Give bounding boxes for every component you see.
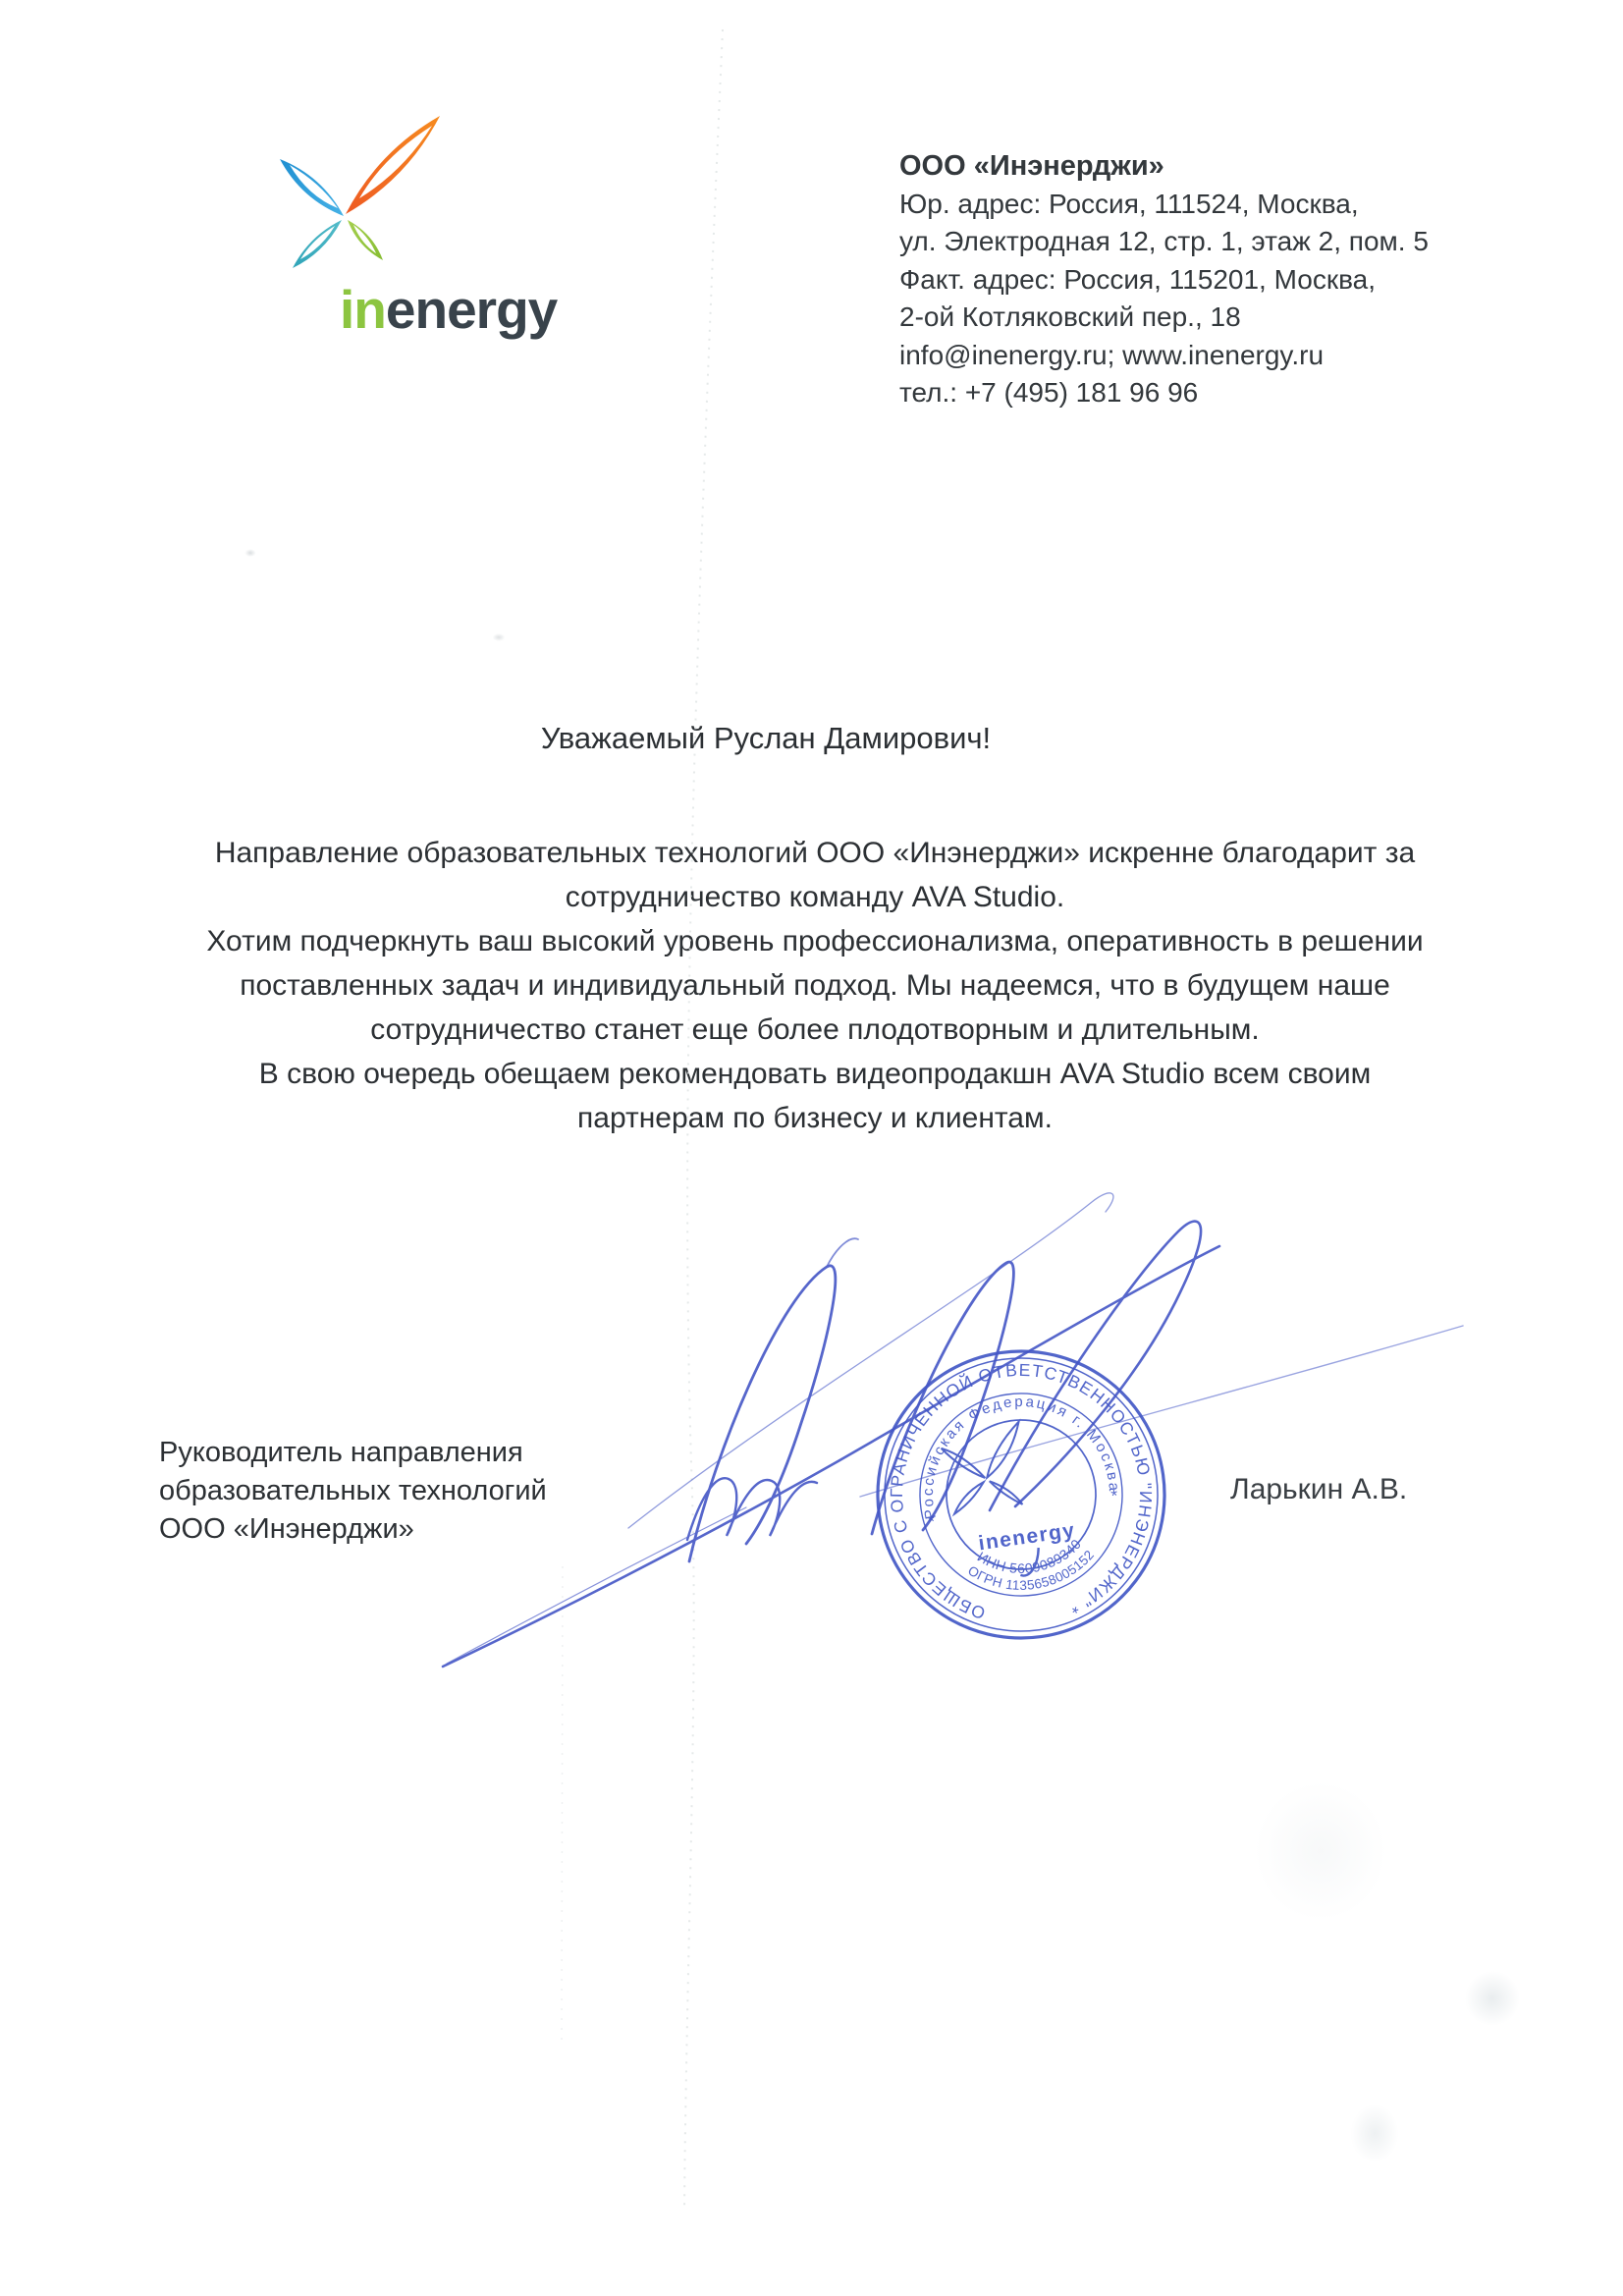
body-line: Хотим подчеркнуть ваш высокий уровень пр… <box>128 919 1502 963</box>
signer-name: Ларькин А.В. <box>1230 1473 1407 1506</box>
logo-wordmark: inenergy <box>340 283 557 336</box>
logo-petal-blue <box>280 159 344 216</box>
logo-petal-orange <box>346 116 440 214</box>
company-name: ООО «Инэнерджи» <box>899 147 1498 186</box>
scanned-letter-page: inenergy ООО «Инэнерджи» Юр. адрес: Росс… <box>0 0 1623 2296</box>
signoff-line: Руководитель направления <box>159 1434 547 1472</box>
logo-wordmark-energy: energy <box>386 279 557 340</box>
company-actual-address-2: 2-ой Котляковский пер., 18 <box>899 299 1498 337</box>
signoff-line: образовательных технологий <box>159 1472 547 1510</box>
scan-smudge <box>243 548 257 558</box>
logo-wordmark-in: in <box>340 279 386 340</box>
signoff-title-block: Руководитель направления образовательных… <box>159 1434 547 1549</box>
body-line: сотрудничество станет еще более плодотво… <box>128 1008 1502 1052</box>
stamp-ring-text: ОБЩЕСТВО С ОГРАНИЧЕННОЙ ОТВЕТСТВЕННОСТЬЮ… <box>874 1347 1168 1642</box>
scan-smudge <box>1437 1943 1548 2054</box>
body-line: сотрудничество команду AVA Studio. <box>128 875 1502 919</box>
letter-greeting: Уважаемый Руслан Дамирович! <box>412 721 1119 756</box>
body-line: Направление образовательных технологий О… <box>128 831 1502 875</box>
scan-smudge <box>1340 2092 1409 2175</box>
fold-crease-line-2 <box>562 1566 563 2043</box>
inenergy-logo-icon <box>273 110 446 279</box>
scan-smudge <box>491 632 507 642</box>
body-line: В свою очередь обещаем рекомендовать вид… <box>128 1052 1502 1096</box>
letter-body: Направление образовательных технологий О… <box>128 831 1502 1140</box>
company-email-website: info@inenergy.ru; www.inenergy.ru <box>899 337 1498 375</box>
logo-petal-teal <box>293 220 342 268</box>
svg-text:ОБЩЕСТВО С ОГРАНИЧЕННОЙ ОТВЕТС: ОБЩЕСТВО С ОГРАНИЧЕННОЙ ОТВЕТСТВЕННОСТЬЮ… <box>874 1347 1168 1642</box>
logo-petal-green <box>348 220 383 260</box>
company-phone: тел.: +7 (495) 181 96 96 <box>899 374 1498 412</box>
body-line: партнерам по бизнесу и клиентам. <box>128 1096 1502 1140</box>
company-legal-address-2: ул. Электродная 12, стр. 1, этаж 2, пом.… <box>899 223 1498 261</box>
signoff-line: ООО «Инэнерджи» <box>159 1510 547 1549</box>
company-round-stamp: ОБЩЕСТВО С ОГРАНИЧЕННОЙ ОТВЕТСТВЕННОСТЬЮ… <box>874 1347 1168 1642</box>
company-details-block: ООО «Инэнерджи» Юр. адрес: Россия, 11152… <box>899 147 1498 412</box>
company-actual-address-1: Факт. адрес: Россия, 115201, Москва, <box>899 261 1498 300</box>
scan-smudge <box>1232 1758 1409 1944</box>
company-legal-address-1: Юр. адрес: Россия, 111524, Москва, <box>899 186 1498 224</box>
body-line: поставленных задач и индивидуальный подх… <box>128 963 1502 1008</box>
